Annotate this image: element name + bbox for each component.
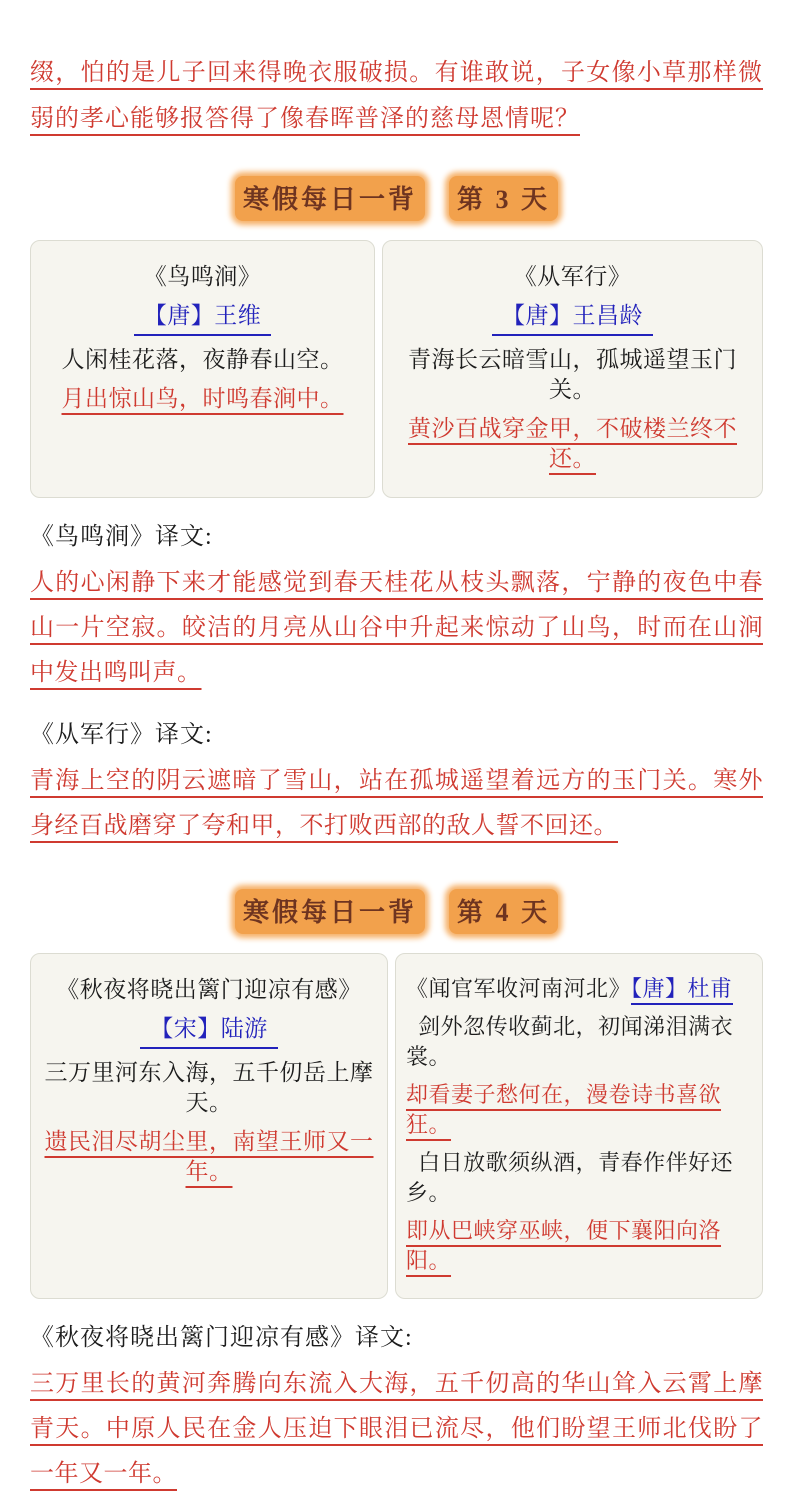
poem-author: 【唐】王维 bbox=[134, 301, 272, 336]
poem-title: 《鸟鸣涧》 bbox=[39, 262, 366, 292]
day3-header: 寒假每日一背 第 3 天 bbox=[30, 176, 763, 216]
poem-card-niaomingjian: 《鸟鸣涧》 【唐】王维 人闲桂花落，夜静春山空。 月出惊山鸟，时鸣春涧中。 bbox=[30, 240, 375, 498]
poem-card-wenguanjun: 《闻官军收河南河北》【唐】杜甫 剑外忽传收蓟北，初闻涕泪满衣裳。 却看妻子愁何在… bbox=[395, 953, 763, 1299]
day4-header-title: 寒假每日一背 bbox=[235, 889, 425, 934]
poem-line: 剑外忽传收蓟北，初闻涕泪满衣裳。 bbox=[406, 1012, 752, 1072]
poem-line-highlighted: 即从巴峡穿巫峡，便下襄阳向洛阳。 bbox=[406, 1216, 752, 1276]
day3-header-day: 第 3 天 bbox=[449, 176, 558, 221]
day4-header: 寒假每日一背 第 4 天 bbox=[30, 889, 763, 929]
poem-line-highlighted: 却看妻子愁何在，漫卷诗书喜欲狂。 bbox=[406, 1080, 752, 1140]
day3-header-title: 寒假每日一背 bbox=[235, 176, 425, 221]
translation-label: 《鸟鸣涧》译文: bbox=[30, 516, 763, 551]
day3-poem-row: 《鸟鸣涧》 【唐】王维 人闲桂花落，夜静春山空。 月出惊山鸟，时鸣春涧中。 《从… bbox=[30, 240, 763, 498]
poem-author: 【唐】杜甫 bbox=[631, 976, 733, 1005]
poem-line-highlighted: 月出惊山鸟，时鸣春涧中。 bbox=[39, 384, 366, 414]
poem-title: 《闻官军收河南河北》 bbox=[406, 976, 631, 1001]
day4-header-day: 第 4 天 bbox=[449, 889, 558, 934]
translation-text: 青海上空的阴云遮暗了雪山，站在孤城遥望着远方的玉门关。寒外身经百战磨穿了夸和甲，… bbox=[30, 759, 763, 849]
poem-line-highlighted: 遗民泪尽胡尘里，南望王师又一年。 bbox=[39, 1127, 379, 1187]
translation-label: 《从军行》译文: bbox=[30, 714, 763, 749]
poem-author: 【宋】陆游 bbox=[140, 1014, 278, 1049]
poem-line: 三万里河东入海，五千仞岳上摩天。 bbox=[39, 1058, 379, 1118]
intro-paragraph: 缀，怕的是儿子回来得晚衣服破损。有谁敢说，子女像小草那样微弱的孝心能够报答得了像… bbox=[30, 50, 763, 142]
poem-card-qiuye: 《秋夜将晓出篱门迎凉有感》 【宋】陆游 三万里河东入海，五千仞岳上摩天。 遗民泪… bbox=[30, 953, 388, 1299]
worksheet-page: 缀，怕的是儿子回来得晚衣服破损。有谁敢说，子女像小草那样微弱的孝心能够报答得了像… bbox=[30, 0, 763, 1497]
day4-poem-row: 《秋夜将晓出篱门迎凉有感》 【宋】陆游 三万里河东入海，五千仞岳上摩天。 遗民泪… bbox=[30, 953, 763, 1299]
translation-text: 三万里长的黄河奔腾向东流入大海，五千仞高的华山耸入云霄上摩青天。中原人民在金人压… bbox=[30, 1362, 763, 1497]
poem-line-highlighted: 黄沙百战穿金甲，不破楼兰终不还。 bbox=[391, 414, 754, 474]
poem-title: 《秋夜将晓出篱门迎凉有感》 bbox=[39, 975, 379, 1005]
translation-label: 《秋夜将晓出篱门迎凉有感》译文: bbox=[30, 1317, 763, 1352]
translation-text: 人的心闲静下来才能感觉到春天桂花从枝头飘落，宁静的夜色中春山一片空寂。皎洁的月亮… bbox=[30, 561, 763, 696]
poem-card-congjunxing: 《从军行》 【唐】王昌龄 青海长云暗雪山，孤城遥望玉门关。 黄沙百战穿金甲，不破… bbox=[382, 240, 763, 498]
poem-author: 【唐】王昌龄 bbox=[492, 301, 653, 336]
poem-line: 白日放歌须纵酒，青春作伴好还乡。 bbox=[406, 1148, 752, 1208]
poem-line: 青海长云暗雪山，孤城遥望玉门关。 bbox=[391, 345, 754, 405]
poem-title: 《从军行》 bbox=[391, 262, 754, 292]
poem-line: 人闲桂花落，夜静春山空。 bbox=[39, 345, 366, 375]
